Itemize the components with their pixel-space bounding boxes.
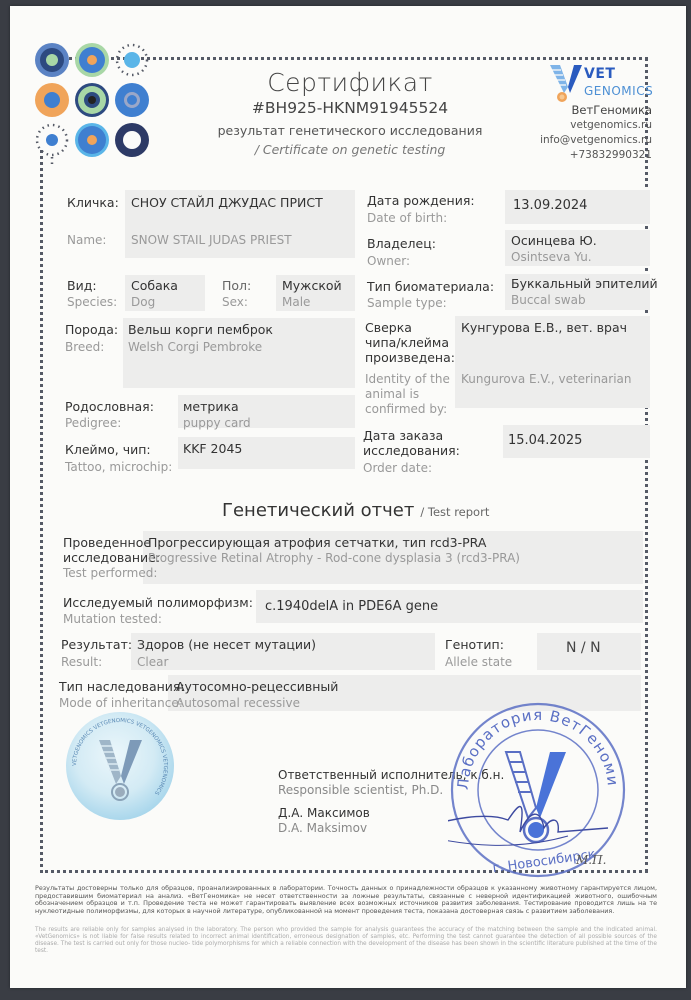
- sample-value-en: Buccal swab: [511, 293, 586, 307]
- test-value-en: Progressive Retinal Atrophy - Rod-cone d…: [148, 551, 520, 565]
- dob-label-ru: Дата рождения:: [367, 193, 475, 208]
- sex-value-en: Male: [282, 295, 310, 309]
- genotype-label-en: Allele state: [445, 655, 512, 669]
- sample-value-ru: Буккальный эпителий: [511, 276, 658, 291]
- report-title: Генетический отчет/ Test report: [222, 500, 489, 521]
- test-label-en: Test performed:: [63, 566, 157, 580]
- lab-name: ВетГеномика: [540, 103, 652, 118]
- hologram-v-icon: VETGENOMICS VETGENOMICS VETGENOMICS VETG…: [66, 712, 174, 820]
- order-date-label-en: Order date:: [363, 461, 432, 475]
- sex-label-en: Sex:: [222, 295, 248, 309]
- vet-genomics-logo-icon: [548, 63, 584, 103]
- species-label-en: Species:: [67, 295, 117, 309]
- identity-label-en: Identity of theanimal isconfirmed by:: [365, 372, 450, 417]
- name-label-ru: Кличка:: [67, 195, 119, 210]
- breed-value-ru: Вельш корги пемброк: [128, 322, 273, 337]
- subtitle-en: / Certificate on genetic testing: [180, 142, 520, 157]
- sample-label-en: Sample type:: [367, 296, 447, 310]
- order-date-label-ru: Дата заказаисследования:: [363, 428, 460, 458]
- certificate-title: Сертификат: [180, 68, 520, 97]
- decorative-circles-icon: [28, 38, 163, 168]
- species-label-ru: Вид:: [67, 278, 97, 293]
- species-value-en: Dog: [131, 295, 155, 309]
- name-label-en: Name:: [67, 233, 106, 247]
- result-value-en: Clear: [137, 655, 168, 669]
- breed-label-ru: Порода:: [65, 322, 118, 337]
- pedigree-value-en: puppy card: [183, 416, 251, 430]
- inheritance-value-en: Autosomal recessive: [176, 696, 300, 710]
- signer-role-en: Responsible scientist, Ph.D.: [278, 783, 443, 797]
- breed-label-en: Breed:: [65, 340, 104, 354]
- inheritance-label-en: Mode of inheritance:: [59, 696, 183, 710]
- certificate-number: #BH925-HKNM91945524: [180, 99, 520, 117]
- result-label-ru: Результат:: [61, 637, 132, 652]
- mutation-label-ru: Исследуемый полиморфизм:: [63, 595, 253, 610]
- sex-value-ru: Мужской: [282, 278, 342, 293]
- species-value-ru: Собака: [131, 278, 178, 293]
- pedigree-label-en: Pedigree:: [65, 416, 121, 430]
- signer-name-ru: Д.А. Максимов: [278, 806, 370, 820]
- lab-phone: +73832990321: [540, 148, 652, 163]
- logo-vet-text: VET: [584, 66, 615, 82]
- order-date-value: 15.04.2025: [508, 433, 582, 448]
- owner-value-en: Osintseva Yu.: [511, 250, 592, 264]
- name-value-en: SNOW STAIL JUDAS PRIEST: [131, 233, 292, 247]
- result-value-ru: Здоров (не несет мутации): [137, 637, 316, 652]
- title-block: Сертификат #BH925-HKNM91945524 результат…: [180, 68, 520, 157]
- disclaimer-ru: Результаты достоверны только для образцо…: [35, 885, 657, 915]
- lab-stamp-icon: Лаборатория ВетГеномика г. Новосибирск М…: [448, 700, 628, 880]
- sample-label-ru: Тип биоматериала:: [367, 279, 494, 294]
- genotype-value: N / N: [566, 640, 601, 656]
- dotted-frame-left: [40, 150, 43, 873]
- test-value-ru: Прогрессирующая атрофия сетчатки, тип rc…: [148, 535, 486, 550]
- mutation-value: c.1940delA in PDE6A gene: [265, 599, 438, 614]
- tattoo-label-ru: Клеймо, чип:: [65, 442, 151, 457]
- inheritance-value-ru: Аутосомно-рецессивный: [176, 679, 338, 694]
- svg-text:М.П.: М.П.: [575, 853, 606, 867]
- disclaimer-en: The results are reliable only for sample…: [35, 927, 657, 955]
- lab-email[interactable]: info@vetgenomics.ru: [540, 133, 652, 148]
- inheritance-label-ru: Тип наследования:: [59, 679, 185, 694]
- sex-label-ru: Пол:: [222, 278, 251, 293]
- owner-value-ru: Осинцева Ю.: [511, 233, 597, 248]
- breed-value-en: Welsh Corgi Pembroke: [128, 340, 262, 354]
- tattoo-label-en: Tattoo, microchip:: [65, 460, 172, 474]
- owner-label-ru: Владелец:: [367, 236, 436, 251]
- dob-value: 13.09.2024: [513, 198, 587, 213]
- identity-label-ru: Сверкачипа/клеймапроизведена:: [365, 320, 455, 365]
- identity-value-en: Kungurova E.V., veterinarian: [461, 372, 632, 386]
- pedigree-value-ru: метрика: [183, 399, 239, 414]
- name-value-ru: СНОУ СТАЙЛ ДЖУДАС ПРИСТ: [131, 195, 323, 210]
- mutation-label-en: Mutation tested:: [63, 612, 162, 626]
- test-label-ru: Проведенноеисследование:: [63, 535, 160, 565]
- subtitle-ru: результат генетического исследования: [180, 123, 520, 138]
- result-label-en: Result:: [61, 655, 102, 669]
- tattoo-value: KKF 2045: [183, 441, 242, 456]
- dob-label-en: Date of birth:: [367, 211, 447, 225]
- logo-genomics-text: GENOMICS: [584, 84, 653, 98]
- owner-label-en: Owner:: [367, 254, 410, 268]
- identity-value-ru: Кунгурова Е.В., вет. врач: [461, 320, 627, 335]
- signer-name-en: D.A. Maksimov: [278, 821, 367, 835]
- pedigree-label-ru: Родословная:: [65, 399, 154, 414]
- genotype-label-ru: Генотип:: [445, 637, 504, 652]
- lab-website[interactable]: vetgenomics.ru: [540, 118, 652, 133]
